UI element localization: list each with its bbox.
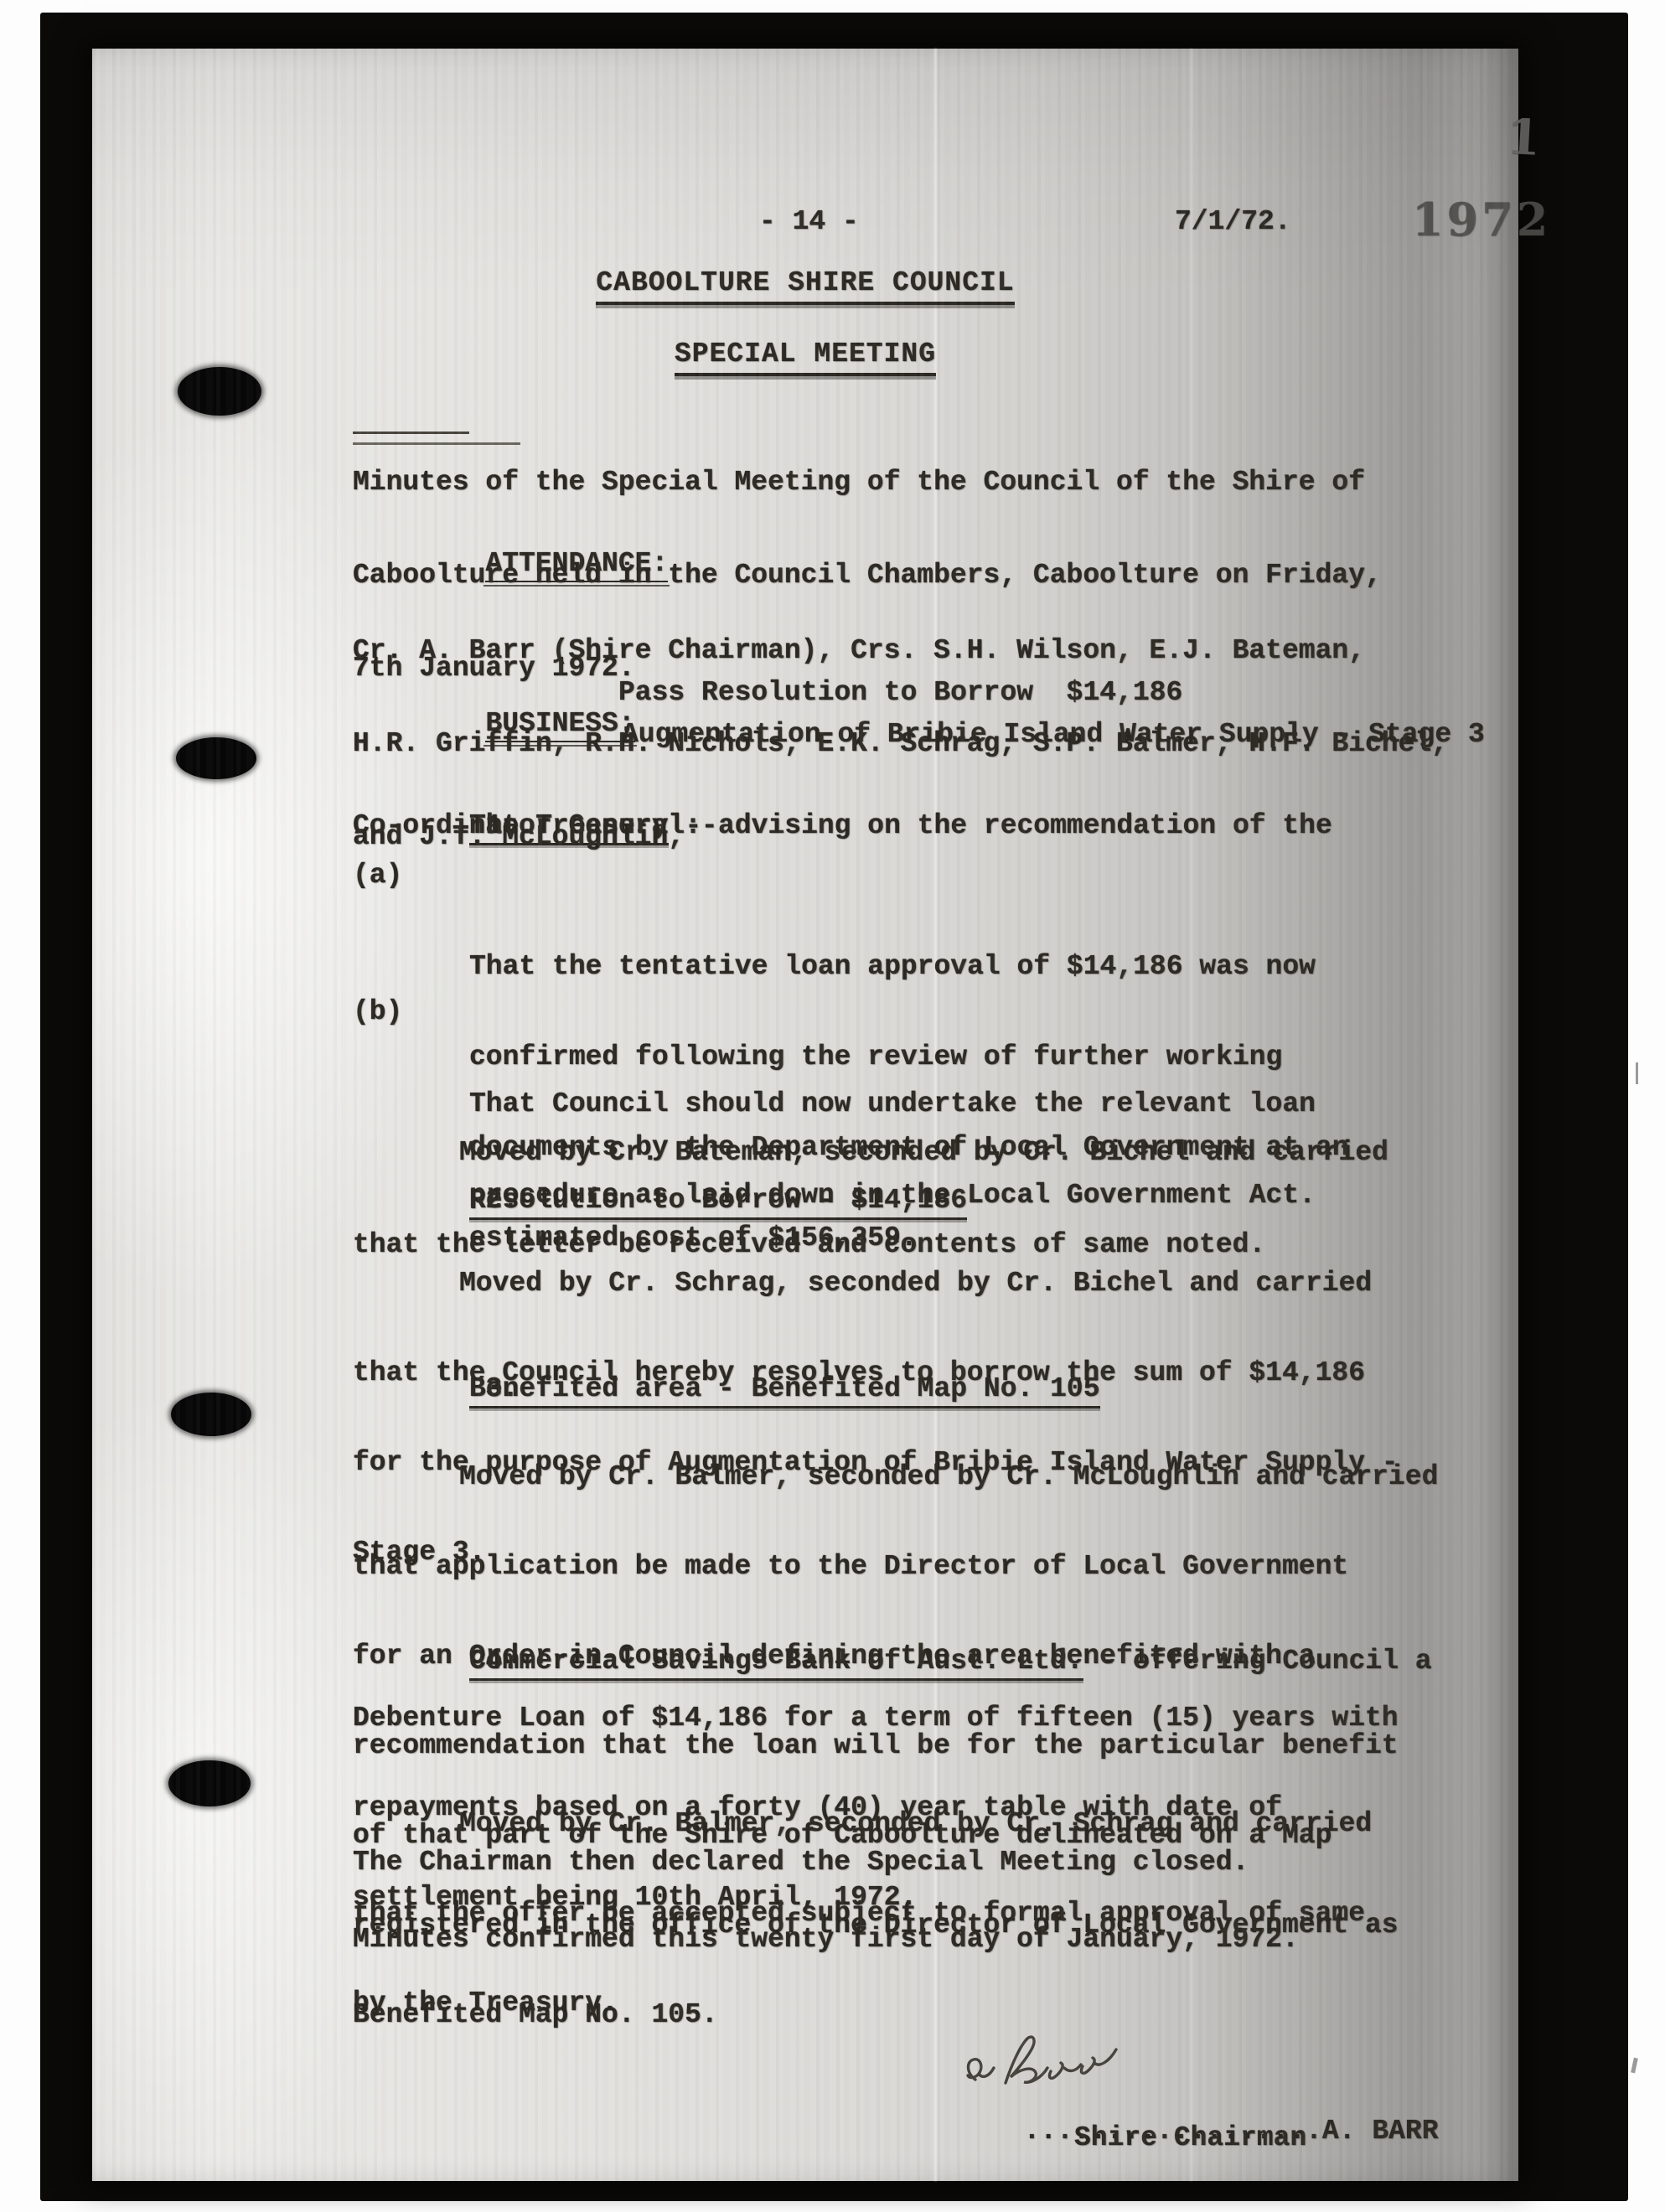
header-date: 7/1/72.: [1175, 206, 1291, 237]
document-title: CABOOLTURE SHIRE COUNCIL: [596, 267, 1014, 305]
motion-4-line: by the Treasury.: [353, 1989, 1372, 2017]
signatory-name: A. BARR: [1322, 2116, 1439, 2147]
business-label: BUSINESS:: [485, 708, 634, 742]
attendance-line: Cr. A. Barr (Shire Chairman), Crs. S.H. …: [353, 635, 1448, 666]
pencil-page-number: 1: [1505, 108, 1542, 167]
item-4-line: Debenture Loan of $14,186 for a term of …: [353, 1704, 1399, 1732]
motion-2-line: Moved by Cr. Schrag, seconded by Cr. Bic…: [353, 1269, 1399, 1297]
punch-hole: [178, 367, 261, 416]
business-item-1: Pass Resolution to Borrow $14,186: [618, 677, 1182, 708]
meeting-type-row: SPECIAL MEETING: [92, 339, 1518, 370]
intro-line: Minutes of the Special Meeting of the Co…: [353, 467, 1382, 498]
item-1-title-rest: - advising on the recommendation of the: [669, 810, 1332, 841]
punch-hole: [176, 737, 256, 779]
scan-artifact: [1636, 1062, 1638, 1084]
document-title-row: CABOOLTURE SHIRE COUNCIL: [92, 267, 1518, 298]
confirmation-statement: Minutes confirmed this twenty first day …: [353, 1924, 1299, 1955]
page-number: - 14 -: [759, 206, 859, 237]
punch-hole: [168, 1760, 251, 1806]
business-label-row: BUSINESS:: [353, 677, 635, 770]
scan-artifact: [1631, 2058, 1638, 2074]
minutes-underline: [353, 432, 469, 434]
document-paper: - 14 - 7/1/72. 1 1972 CABOOLTURE SHIRE C…: [92, 49, 1518, 2181]
item-1-continuation: Co-ordinator General:-: [353, 810, 718, 841]
punch-hole: [171, 1393, 251, 1436]
subitem-a-line: That the tentative loan approval of $14,…: [469, 953, 1349, 981]
scan-black-border: - 14 - 7/1/72. 1 1972 CABOOLTURE SHIRE C…: [40, 13, 1628, 2201]
subitem-a-marker: (a): [353, 860, 402, 891]
meeting-type: SPECIAL MEETING: [675, 339, 936, 376]
closing-statement: The Chairman then declared the Special M…: [353, 1847, 1249, 1878]
motion-3-line: that application be made to the Director…: [353, 1553, 1438, 1580]
signatory-role: Shire Chairman: [1074, 2122, 1306, 2153]
caboolture-underline: [353, 442, 520, 445]
motion-4-line: Moved by Cr. Balmer, seconded by Cr. Sch…: [353, 1810, 1372, 1837]
motion-4-paragraph: Moved by Cr. Balmer, seconded by Cr. Sch…: [353, 1748, 1372, 2079]
year-stamp: 1972: [1412, 193, 1551, 246]
motion-3-line: Moved by Cr. Balmer, seconded by Cr. McL…: [353, 1463, 1438, 1491]
scanned-minutes-page: - 14 - 7/1/72. 1 1972 CABOOLTURE SHIRE C…: [0, 0, 1665, 2212]
business-item-2: Augmentation of Bribie Island Water Supp…: [622, 719, 1485, 750]
subitem-b-marker: (b): [353, 996, 402, 1027]
